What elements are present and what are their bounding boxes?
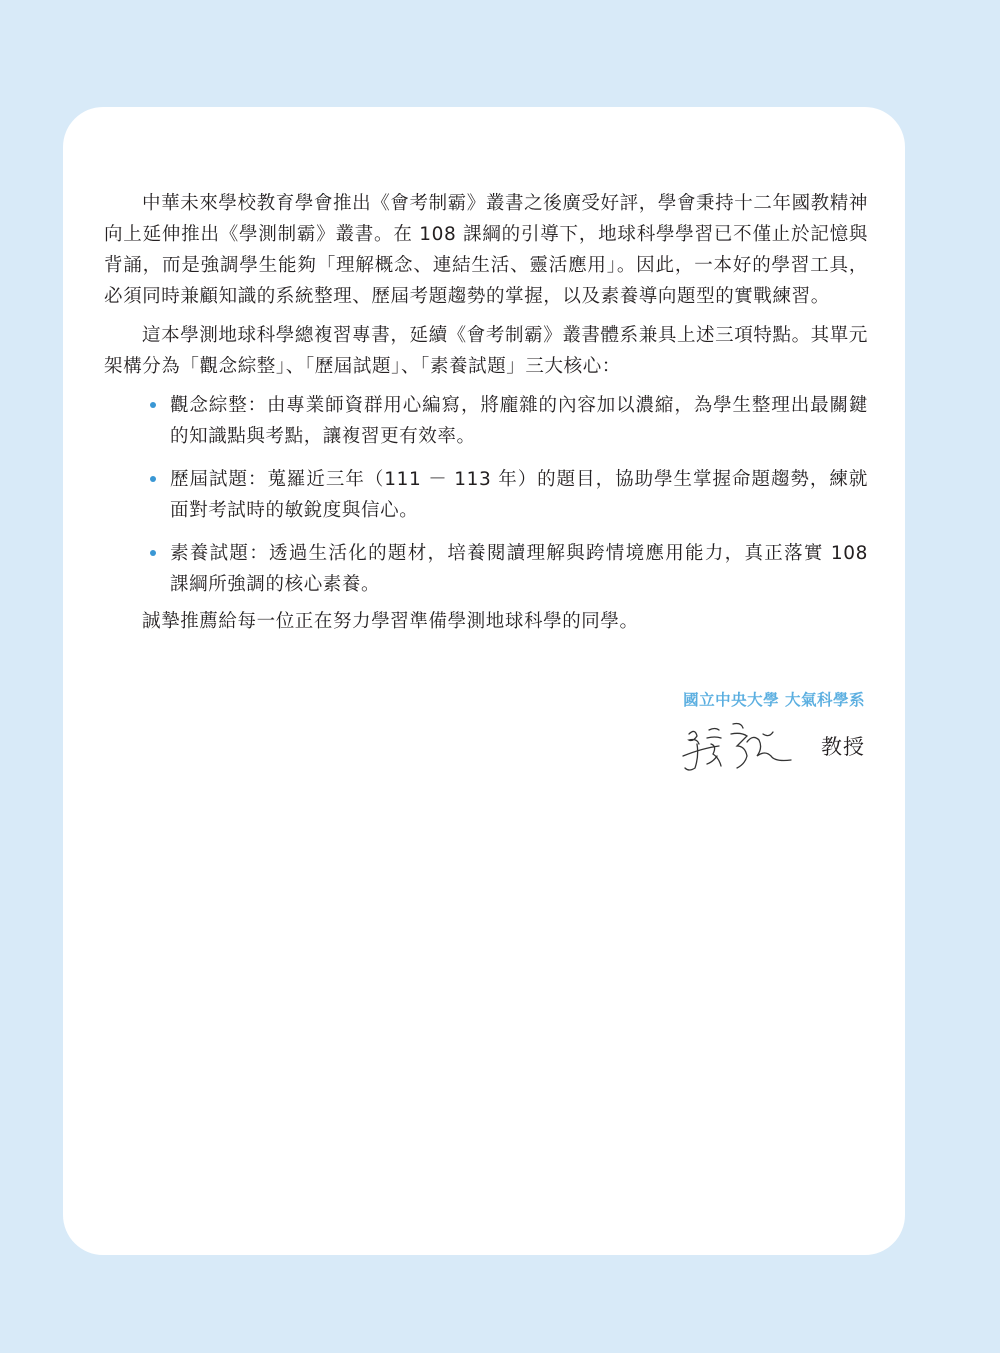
signature-block: 教授 <box>675 716 865 776</box>
bullet-dot-icon <box>150 476 156 482</box>
bullet-text: 素養試題：透過生活化的題材，培養閱讀理解與跨情境應用能力，真正落實 108 課綱… <box>170 543 868 595</box>
bullet-dot-icon <box>150 550 156 556</box>
core-list: 觀念綜整：由專業師資群用心編寫，將龐雜的內容加以濃縮，為學生整理出最關鍵的知識點… <box>104 390 868 600</box>
paragraph-intro: 中華未來學校教育學會推出《會考制霸》叢書之後廣受好評，學會秉持十二年國教精神向上… <box>104 188 868 312</box>
paragraph-structure: 這本學測地球科學總複習專書，延續《會考制霸》叢書體系兼具上述三項特點。其單元架構… <box>104 320 868 382</box>
list-item: 觀念綜整：由專業師資群用心編寫，將龐雜的內容加以濃縮，為學生整理出最關鍵的知識點… <box>150 390 868 452</box>
signatory-title: 教授 <box>821 731 865 761</box>
list-item: 素養試題：透過生活化的題材，培養閱讀理解與跨情境應用能力，真正落實 108 課綱… <box>150 538 868 600</box>
bullet-text: 歷屆試題：蒐羅近三年（111 － 113 年）的題目，協助學生掌握命題趨勢，練就… <box>170 469 868 521</box>
bullet-dot-icon <box>150 402 156 408</box>
affiliation: 國立中央大學 大氣科學系 <box>683 688 865 710</box>
bullet-text: 觀念綜整：由專業師資群用心編寫，將龐雜的內容加以濃縮，為學生整理出最關鍵的知識點… <box>170 395 868 447</box>
recommendation-text: 中華未來學校教育學會推出《會考制霸》叢書之後廣受好評，學會秉持十二年國教精神向上… <box>104 188 868 637</box>
list-item: 歷屆試題：蒐羅近三年（111 － 113 年）的題目，協助學生掌握命題趨勢，練就… <box>150 464 868 526</box>
handwritten-signature-icon <box>675 716 815 776</box>
closing-line: 誠摯推薦給每一位正在努力學習準備學測地球科學的同學。 <box>104 606 868 637</box>
